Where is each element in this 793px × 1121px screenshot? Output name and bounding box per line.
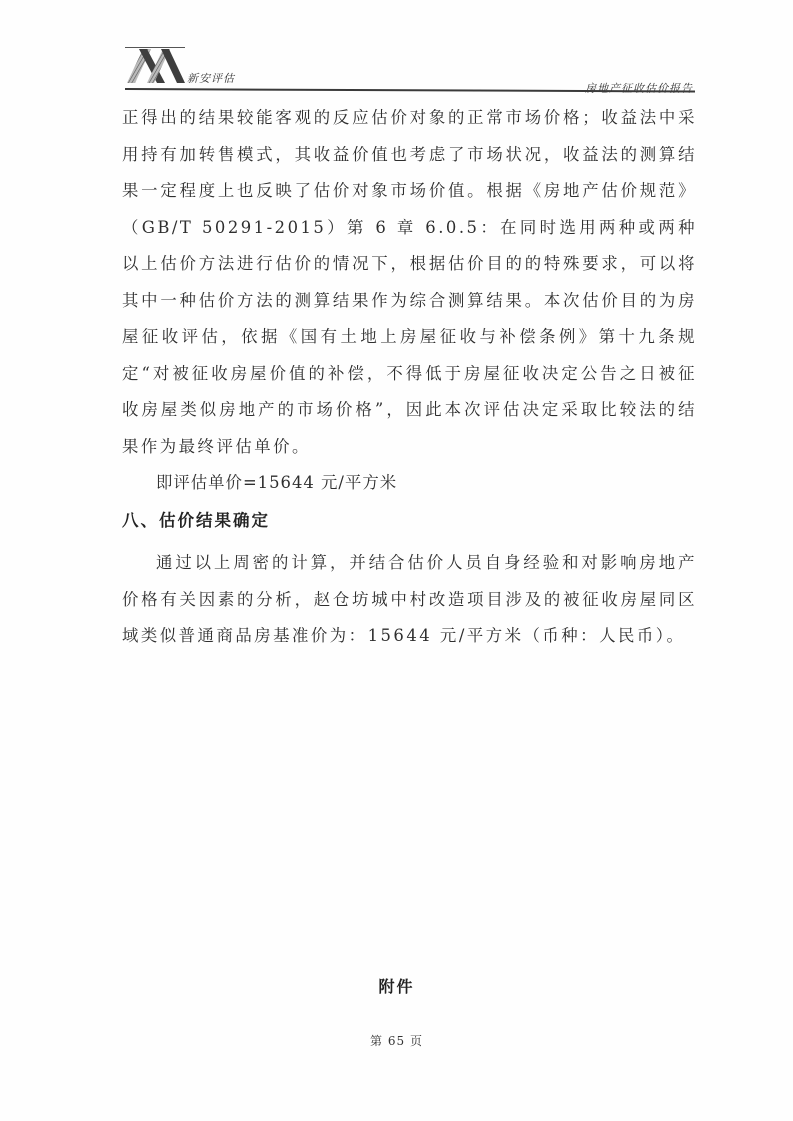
paragraph-conclusion: 正得出的结果较能客观的反应估价对象的正常市场价格；收益法中采用持有加转售模式，其… — [122, 100, 697, 465]
page-number: 第 65 页 — [0, 1032, 793, 1049]
document-page: 新安评估 房地产征收估价报告 正得出的结果较能客观的反应估价对象的正常市场价格；… — [0, 0, 793, 1121]
section-heading: 八、估价结果确定 — [122, 503, 697, 539]
xa-logo-icon — [125, 46, 185, 84]
company-name: 新安评估 — [187, 70, 235, 86]
appendix-title: 附件 — [0, 974, 793, 997]
paragraph-result: 通过以上周密的计算，并结合估价人员自身经验和对影响房地产价格有关因素的分析，赵仓… — [122, 545, 697, 655]
report-title: 房地产征收估价报告 — [585, 80, 693, 96]
main-content: 正得出的结果较能客观的反应估价对象的正常市场价格；收益法中采用持有加转售模式，其… — [122, 100, 697, 655]
valuation-formula: 即评估单价=15644 元/平方米 — [122, 465, 697, 501]
